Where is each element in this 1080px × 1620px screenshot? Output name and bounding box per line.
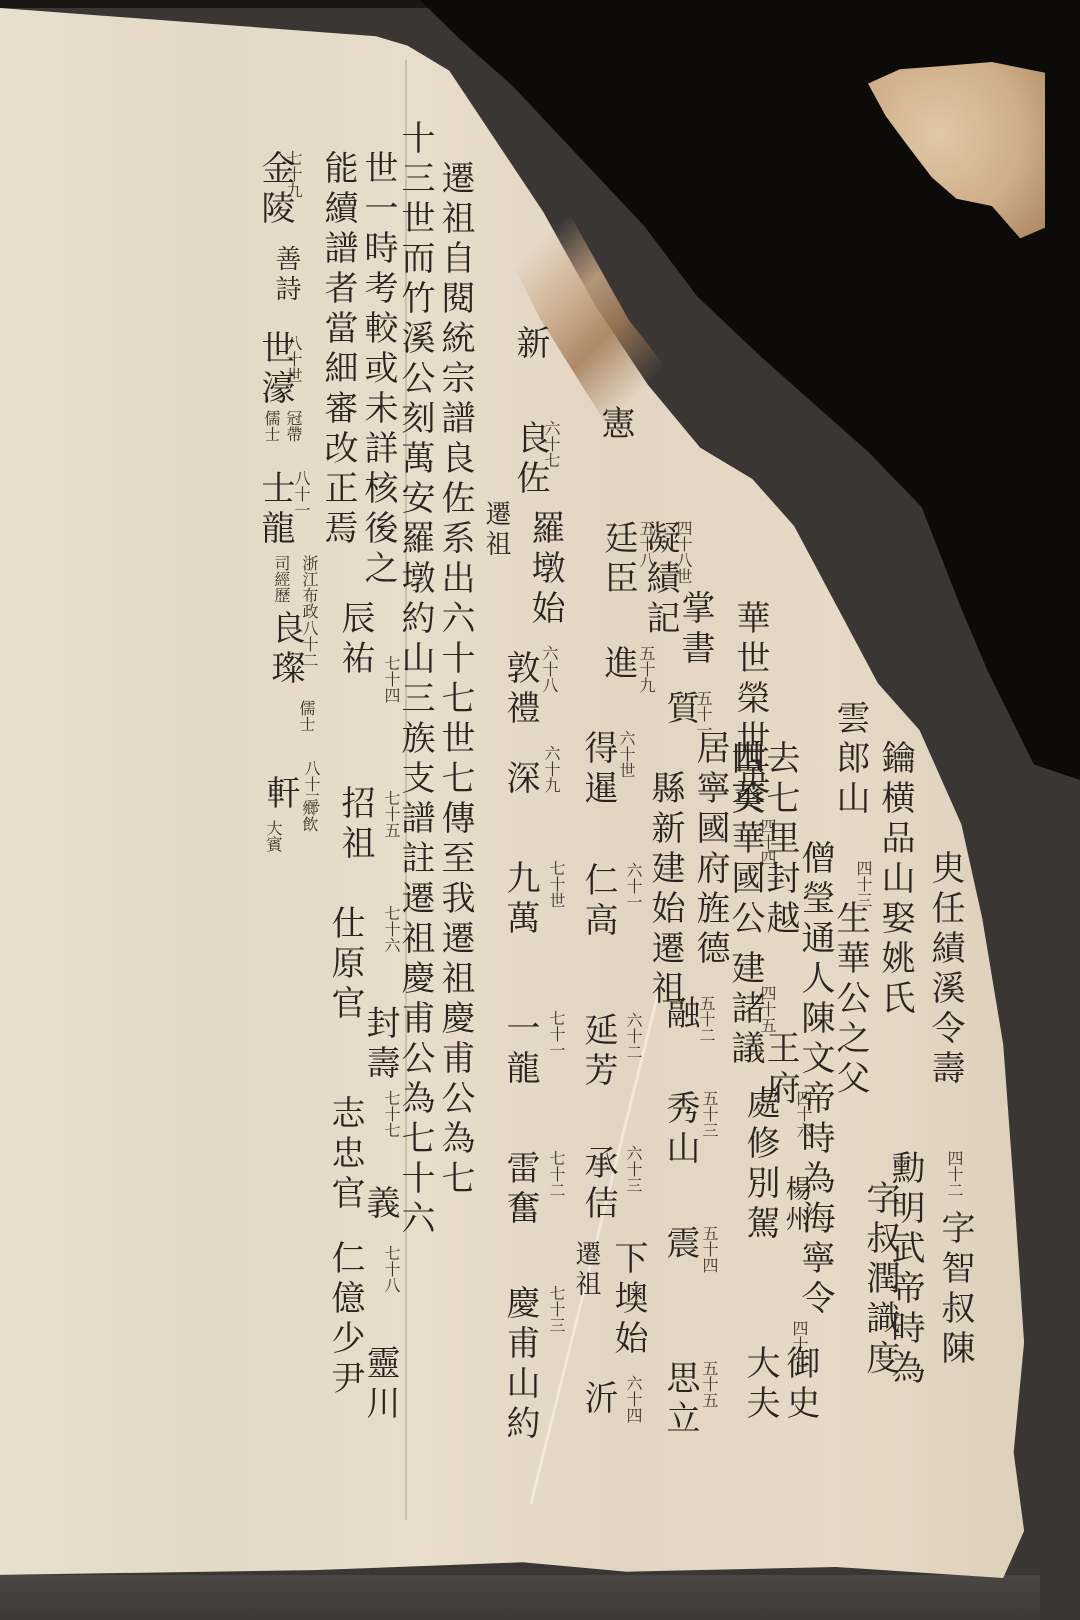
text-column: 楊州 [783,1175,809,1235]
text-column: 九萬 [503,860,537,940]
text-column: 僧瑩通人陳文帝時為海寧令 [798,840,832,1320]
generation-annotation: 五十五 [701,1360,717,1408]
generation-annotation: 七十三 [548,1285,564,1333]
text-column: 王府 [763,1030,797,1110]
backdrop-corner [1040,1530,1080,1620]
text-column: 生華公之父 [833,900,867,1100]
text-column: 建諸議 [728,950,762,1070]
text-column: 良佐 [513,420,547,500]
text-column: 善詩 [273,245,299,305]
text-column: 字智叔陳 [938,1210,972,1370]
text-column: 敦禮 [503,650,537,730]
text-column: 得暹 [581,730,615,810]
generation-annotation: 五十八 [638,520,654,568]
generation-annotation: 五十九 [638,645,654,693]
text-column: 遷祖自閱統宗譜良佐系出六十七世七傳至我遷祖慶甫公為七 [438,160,472,1200]
text-column: 遷祖 [483,500,509,560]
text-column: 震 [663,1225,697,1265]
generation-annotation: 儒士 [263,410,279,442]
generation-annotation: 六十九 [543,745,559,793]
generation-annotation: 七十二 [548,1150,564,1198]
generation-annotation: 五十二 [698,995,714,1043]
text-column: 深 [503,760,537,800]
text-column: 沂 [581,1380,615,1420]
text-column: 進 [601,645,635,685]
generation-annotation: 司經歷 [273,555,289,603]
text-column: 㬰任績溪令壽 [928,850,962,1090]
generation-annotation: 六十一 [625,862,641,910]
text-column: 辰祐 [338,600,372,680]
text-column: 封壽 [363,1005,397,1085]
generation-annotation: 七十五 [383,790,399,838]
text-column: 融 [663,995,697,1035]
text-column: 義 [363,1185,397,1225]
text-column: 廷臣 [601,520,635,600]
text-column: 世濠 [258,330,292,410]
text-column: 仁高 [581,862,615,942]
text-column: 新 [513,325,547,365]
text-column: 軒 [263,775,297,815]
text-column: 靈川 [363,1345,397,1425]
generation-annotation: 六十世 [618,730,634,778]
text-column: 縣新建始遷祖 [648,770,682,1010]
text-column: 士龍 [258,470,292,550]
generation-annotation: 冠帶 [285,410,301,442]
text-column: 下墺始 [611,1240,645,1360]
generation-annotation: 六十八 [541,645,557,693]
text-column: 大夫 [743,1345,777,1425]
generation-annotation: 七十八 [383,1245,399,1293]
text-column: 質 [663,690,697,730]
text-column: 世一時考較或未詳核後之 [361,150,395,590]
text-column: 延芳 [581,1012,615,1092]
text-column: 良璨 [268,610,302,690]
text-column: 華世榮世英 [733,600,767,800]
generation-annotation: 大賓 [265,820,281,852]
text-column: 秀山 [663,1090,697,1170]
text-column: 招祖 [338,785,372,865]
text-column: 掌書 [678,590,712,670]
text-column: 遷祖 [573,1240,599,1300]
text-column: 能續譜者當細審改正焉 [321,150,355,550]
text-column: 雲郎山 [833,700,867,820]
text-column: 居寧國府旌德 [693,730,727,970]
generation-annotation: 六十三 [625,1145,641,1193]
generation-annotation: 五十三 [701,1090,717,1138]
text-column: 御史 [783,1345,817,1425]
text-column: 一龍 [503,1010,537,1090]
text-column: 仁億少尹 [328,1240,362,1400]
generation-annotation: 八十一 [293,470,309,518]
text-column: 十三世而竹溪公刻萬安羅墩約山三族支譜註遷祖慶甫公為七十六 [398,120,432,1240]
generation-annotation: 七十七 [383,1090,399,1138]
text-column: 封越 [763,860,797,940]
generation-annotation: 六十四 [625,1375,641,1423]
text-column: 憲 [598,405,632,445]
text-column: 字叔潤識度 [863,1180,897,1380]
text-column: 羅墩始 [528,510,562,630]
text-column: 鑰横品山娶姚氏 [878,740,912,1020]
text-column: 金陵 [258,150,292,230]
generation-annotation: 四十二 [946,1150,962,1198]
text-column: 志忠官 [328,1095,362,1215]
generation-annotation: 五十四 [701,1225,717,1273]
generation-annotation: 六十二 [625,1012,641,1060]
generation-annotation: 儒士 [298,700,314,732]
generation-annotation: 七十世 [548,860,564,908]
generation-annotation: 鄉飲 [301,800,317,832]
text-column: 承佶 [581,1145,615,1225]
backdrop-surface [0,1575,1080,1620]
text-column: 思立 [663,1360,697,1440]
generation-annotation: 七十四 [383,655,399,703]
generation-annotation: 七十六 [383,905,399,953]
generation-annotation: 七十一 [548,1010,564,1058]
text-column: 仕原官 [328,905,362,1025]
text-column: 慶甫山約 [503,1285,537,1445]
text-column: 雷奮 [503,1150,537,1230]
